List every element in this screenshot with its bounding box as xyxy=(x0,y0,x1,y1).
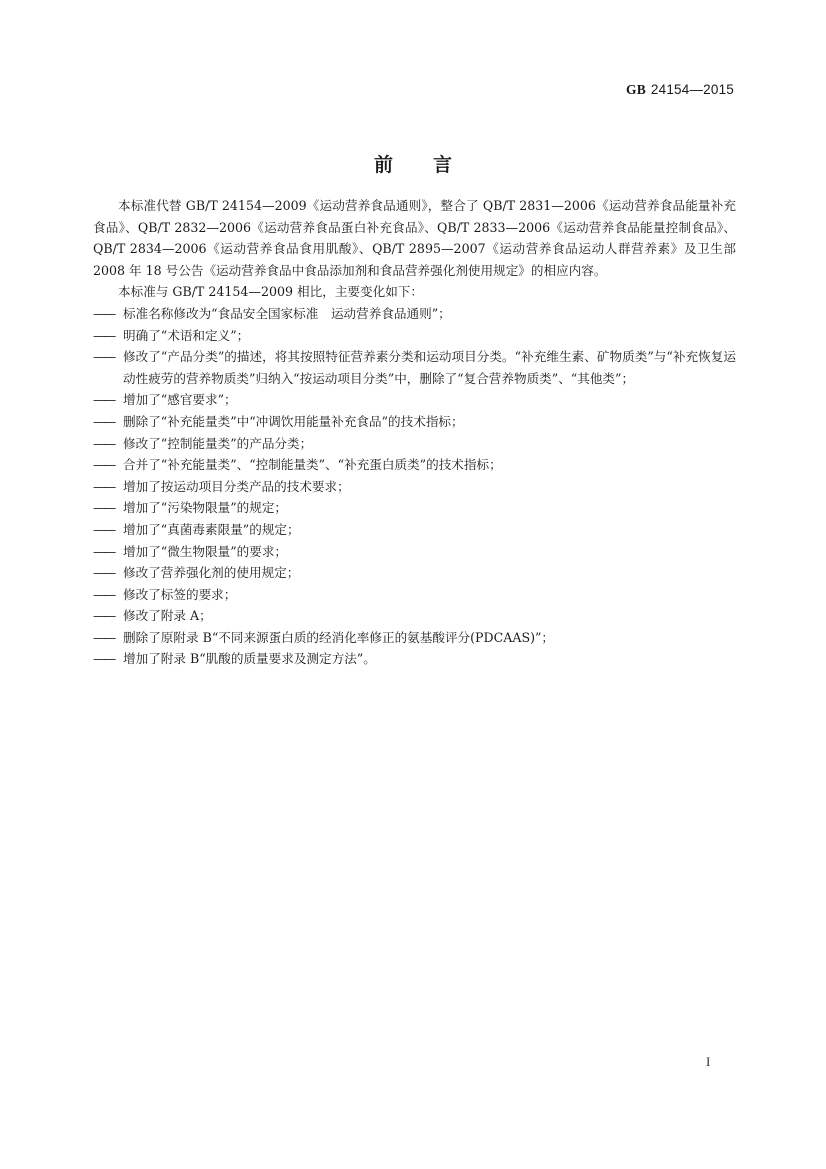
changes-list: ——标准名称修改为“食品安全国家标准 运动营养食品通则”； ——明确了“术语和定… xyxy=(93,303,736,670)
list-item: ——增加了附录 B“肌酸的质量要求及测定方法”。 xyxy=(93,648,736,670)
list-item: ——增加了“感官要求”； xyxy=(93,389,736,411)
dash-bullet: —— xyxy=(93,605,123,627)
standard-code: GB24154—2015 xyxy=(626,82,734,98)
dash-bullet: —— xyxy=(93,541,123,563)
foreword-body: 本标准代替 GB/T 24154—2009《运动营养食品通则》，整合了 QB/T… xyxy=(93,195,736,670)
list-item: ——明确了“术语和定义”； xyxy=(93,325,736,347)
dash-bullet: —— xyxy=(93,497,123,519)
page-number: I xyxy=(706,1054,710,1070)
list-item: ——修改了“产品分类”的描述，将其按照特征营养素分类和运动项目分类。“补充维生素… xyxy=(93,346,736,389)
list-item: ——修改了附录 A； xyxy=(93,605,736,627)
list-item: ——增加了“污染物限量”的规定； xyxy=(93,497,736,519)
dash-bullet: —— xyxy=(93,325,123,347)
dash-bullet: —— xyxy=(93,411,123,433)
standard-prefix: GB xyxy=(626,82,646,97)
dash-bullet: —— xyxy=(93,519,123,541)
title-char-2: 言 xyxy=(433,150,452,177)
dash-bullet: —— xyxy=(93,584,123,606)
dash-bullet: —— xyxy=(93,648,123,670)
list-item: ——删除了原附录 B“不同来源蛋白质的经消化率修正的氨基酸评分(PDCAAS)”… xyxy=(93,627,736,649)
title-char-1: 前 xyxy=(374,150,393,177)
dash-bullet: —— xyxy=(93,562,123,584)
dash-bullet: —— xyxy=(93,303,123,325)
list-item: ——标准名称修改为“食品安全国家标准 运动营养食品通则”； xyxy=(93,303,736,325)
changes-intro-paragraph: 本标准与 GB/T 24154—2009 相比，主要变化如下： xyxy=(93,281,736,303)
list-item: ——修改了“控制能量类”的产品分类； xyxy=(93,433,736,455)
dash-bullet: —— xyxy=(93,476,123,498)
standard-number: 24154—2015 xyxy=(651,82,734,97)
dash-bullet: —— xyxy=(93,346,123,368)
list-item: ——修改了营养强化剂的使用规定； xyxy=(93,562,736,584)
list-item: ——合并了“补充能量类”、“控制能量类”、“补充蛋白质类”的技术指标； xyxy=(93,454,736,476)
list-item: ——增加了按运动项目分类产品的技术要求； xyxy=(93,476,736,498)
dash-bullet: —— xyxy=(93,627,123,649)
list-item: ——增加了“微生物限量”的要求； xyxy=(93,541,736,563)
list-item: ——修改了标签的要求； xyxy=(93,584,736,606)
dash-bullet: —— xyxy=(93,433,123,455)
intro-paragraph: 本标准代替 GB/T 24154—2009《运动营养食品通则》，整合了 QB/T… xyxy=(93,195,736,281)
list-item: ——增加了“真菌毒素限量”的规定； xyxy=(93,519,736,541)
dash-bullet: —— xyxy=(93,454,123,476)
list-item: ——删除了“补充能量类”中“冲调饮用能量补充食品”的技术指标； xyxy=(93,411,736,433)
dash-bullet: —— xyxy=(93,389,123,411)
page-title: 前言 xyxy=(0,150,826,177)
